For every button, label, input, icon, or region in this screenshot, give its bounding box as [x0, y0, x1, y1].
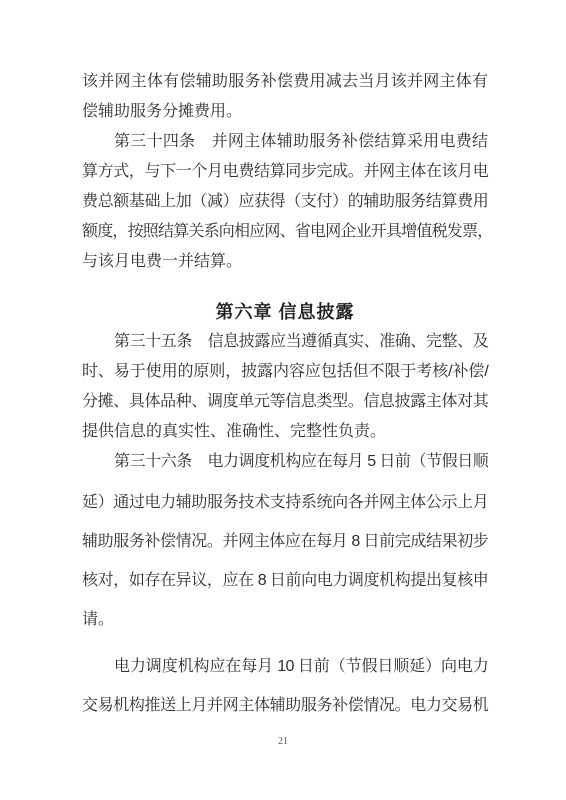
text-line: 费总额基础上加（减）应获得（支付）的辅助服务结算费用 [82, 187, 488, 217]
text-line: 分摊、具体品种、调度单元等信息类型。信息披露主体对其 [82, 387, 488, 417]
text-line: 算方式，与下一个月电费结算同步完成。并网主体在该月电 [82, 157, 488, 187]
text-block-1: 该并网主体有偿辅助服务补偿费用减去当月该并网主体有偿辅助服务分摊费用。第三十四条… [82, 67, 488, 277]
chapter-6-heading: 第六章 信息披露 [82, 297, 488, 327]
page-number: 21 [0, 736, 566, 747]
text-line: 时、易于使用的原则，披露内容应包括但不限于考核/补偿/ [82, 357, 488, 387]
text-line: 提供信息的真实性、准确性、完整性负责。 [82, 417, 488, 447]
text-line: 与该月电费一并结算。 [82, 247, 488, 277]
text-line: 该并网主体有偿辅助服务补偿费用减去当月该并网主体有 [82, 67, 488, 97]
text-line: 延）通过电力辅助服务技术支持系统向各并网主体公示上月 [82, 483, 488, 522]
text-line: 辅助服务补偿情况。并网主体应在每月 8 日前完成结果初步 [82, 522, 488, 561]
text-line: 偿辅助服务分摊费用。 [82, 97, 488, 127]
document-page: 该并网主体有偿辅助服务补偿费用减去当月该并网主体有偿辅助服务分摊费用。第三十四条… [0, 0, 566, 800]
text-line: 请。 [82, 600, 488, 639]
text-line: 第三十六条 电力调度机构应在每月 5 日前（节假日顺 [82, 447, 488, 477]
text-block-3: 第三十五条 信息披露应当遵循真实、准确、完整、及时、易于使用的原则，披露内容应包… [82, 327, 488, 477]
text-line: 交易机构推送上月并网主体辅助服务补偿情况。电力交易机 [82, 686, 488, 725]
text-line: 电力调度机构应在每月 10 日前（节假日顺延）向电力 [82, 647, 488, 686]
text-block-5: 电力调度机构应在每月 10 日前（节假日顺延）向电力交易机构推送上月并网主体辅助… [82, 647, 488, 725]
text-block-4: 延）通过电力辅助服务技术支持系统向各并网主体公示上月辅助服务补偿情况。并网主体应… [82, 483, 488, 639]
text-line: 额度，按照结算关系向相应网、省电网企业开具增值税发票， [82, 217, 488, 247]
text-line: 第三十五条 信息披露应当遵循真实、准确、完整、及 [82, 327, 488, 357]
text-line: 第三十四条 并网主体辅助服务补偿结算采用电费结 [82, 127, 488, 157]
text-line: 核对，如存在异议，应在 8 日前向电力调度机构提出复核申 [82, 561, 488, 600]
page-content: 该并网主体有偿辅助服务补偿费用减去当月该并网主体有偿辅助服务分摊费用。第三十四条… [82, 67, 488, 725]
